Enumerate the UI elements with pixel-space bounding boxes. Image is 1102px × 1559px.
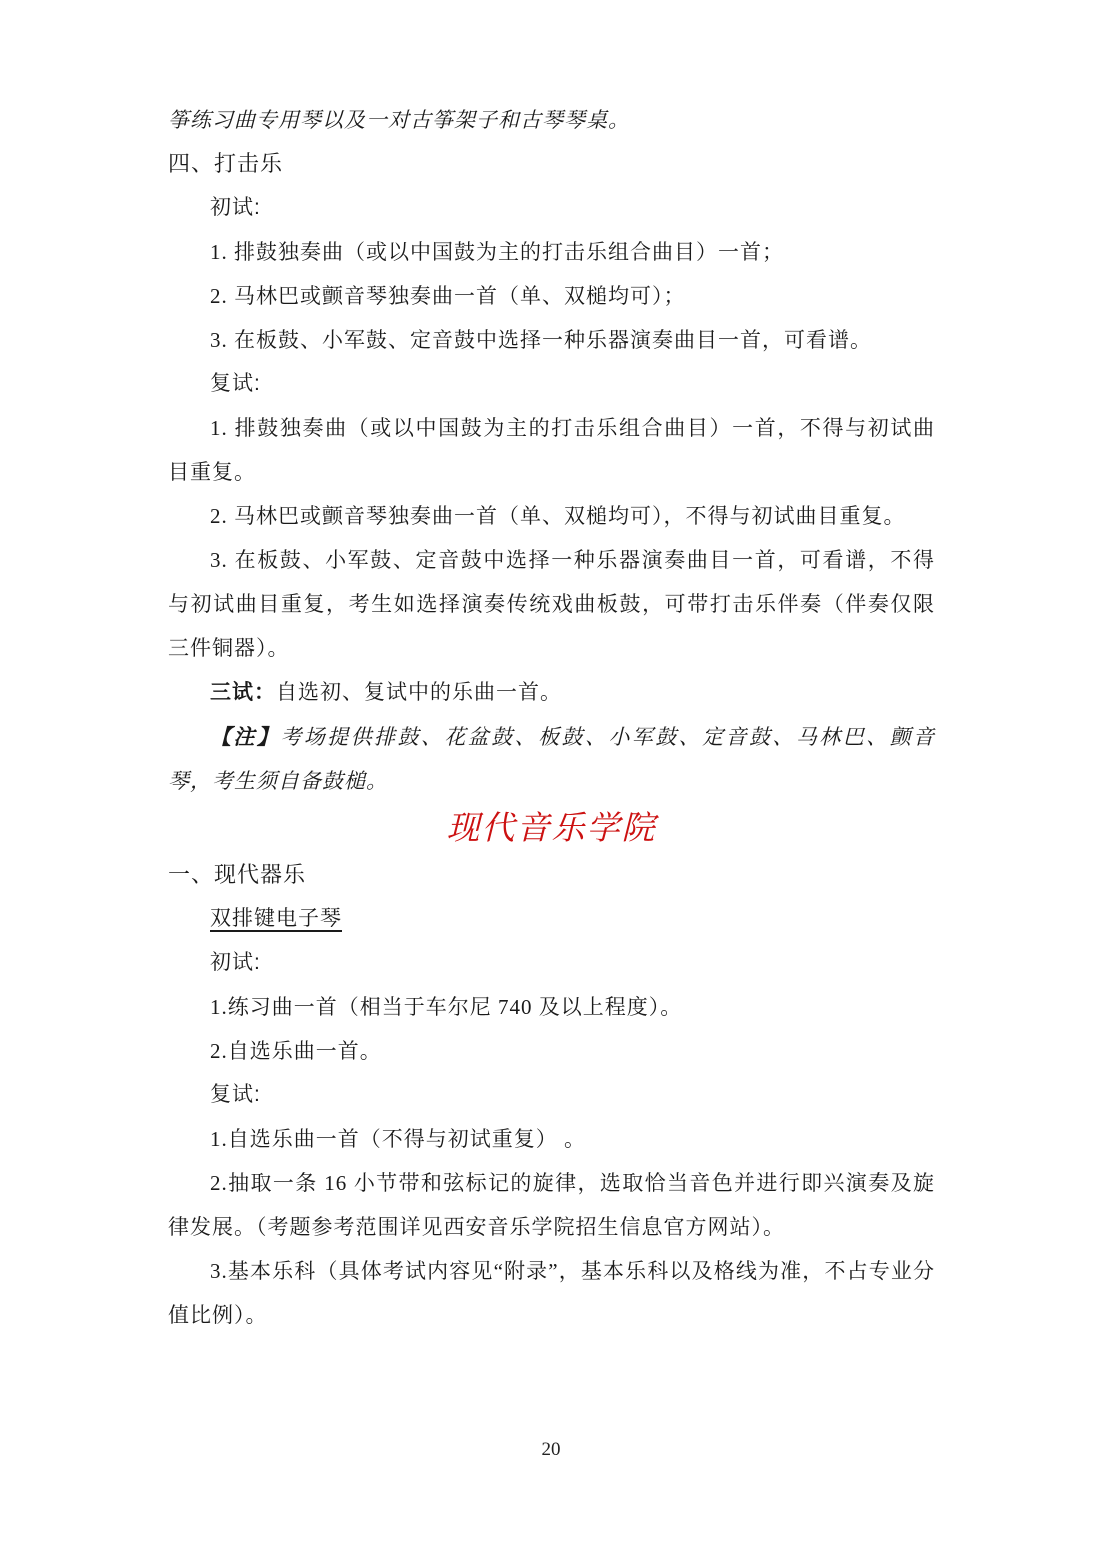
modern-round1-label: 初试: xyxy=(168,941,935,985)
percussion-round1-item: 2. 马林巴或颤音琴独奏曲一首（单、双槌均可）； xyxy=(168,274,935,318)
academy-title: 现代音乐学院 xyxy=(168,803,935,853)
modern-round1-item: 2.自选乐曲一首。 xyxy=(168,1029,935,1073)
percussion-round2-item: 2. 马林巴或颤音琴独奏曲一首（单、双槌均可），不得与初试曲目重复。 xyxy=(168,494,935,538)
percussion-round3-label: 三试： xyxy=(210,681,276,704)
percussion-round2-label: 复试: xyxy=(168,362,935,406)
modern-subheading-electone: 双排键电子琴 xyxy=(168,897,935,941)
percussion-round1-label: 初试: xyxy=(168,186,935,230)
percussion-round2-item: 3. 在板鼓、小军鼓、定音鼓中选择一种乐器演奏曲目一首，可看谱，不得与初试曲目重… xyxy=(168,538,935,670)
percussion-round3-line: 三试：自选初、复试中的乐曲一首。 xyxy=(168,670,935,715)
modern-round2-item: 3.基本乐科（具体考试内容见“附录”，基本乐科以及格线为准，不占专业分值比例）。 xyxy=(168,1249,935,1337)
document-page: 筝练习曲专用琴以及一对古筝架子和古琴琴桌。 四、打击乐 初试: 1. 排鼓独奏曲… xyxy=(0,0,1102,1559)
page-number: 20 xyxy=(0,1435,1102,1465)
percussion-note: 【注】考场提供排鼓、花盆鼓、板鼓、小军鼓、定音鼓、马林巴、颤音琴，考生须自备鼓槌… xyxy=(168,715,935,803)
section-heading-modern-instruments: 一、现代器乐 xyxy=(168,853,935,897)
percussion-note-label: 【注】 xyxy=(210,725,280,749)
intro-paragraph: 筝练习曲专用琴以及一对古筝架子和古琴琴桌。 xyxy=(168,98,935,142)
modern-round2-item: 1.自选乐曲一首（不得与初试重复） 。 xyxy=(168,1117,935,1161)
section-heading-percussion: 四、打击乐 xyxy=(168,142,935,186)
modern-round2-label: 复试: xyxy=(168,1073,935,1117)
percussion-round3-text: 自选初、复试中的乐曲一首。 xyxy=(276,680,562,704)
modern-round1-item: 1.练习曲一首（相当于车尔尼 740 及以上程度）。 xyxy=(168,985,935,1029)
percussion-round2-item: 1. 排鼓独奏曲（或以中国鼓为主的打击乐组合曲目）一首，不得与初试曲目重复。 xyxy=(168,406,935,494)
percussion-note-text: 考场提供排鼓、花盆鼓、板鼓、小军鼓、定音鼓、马林巴、颤音琴，考生须自备鼓槌。 xyxy=(168,725,935,793)
modern-round2-item: 2.抽取一条 16 小节带和弦标记的旋律，选取恰当音色并进行即兴演奏及旋律发展。… xyxy=(168,1161,935,1249)
percussion-round1-item: 1. 排鼓独奏曲（或以中国鼓为主的打击乐组合曲目）一首； xyxy=(168,230,935,274)
percussion-round1-item: 3. 在板鼓、小军鼓、定音鼓中选择一种乐器演奏曲目一首，可看谱。 xyxy=(168,318,935,362)
